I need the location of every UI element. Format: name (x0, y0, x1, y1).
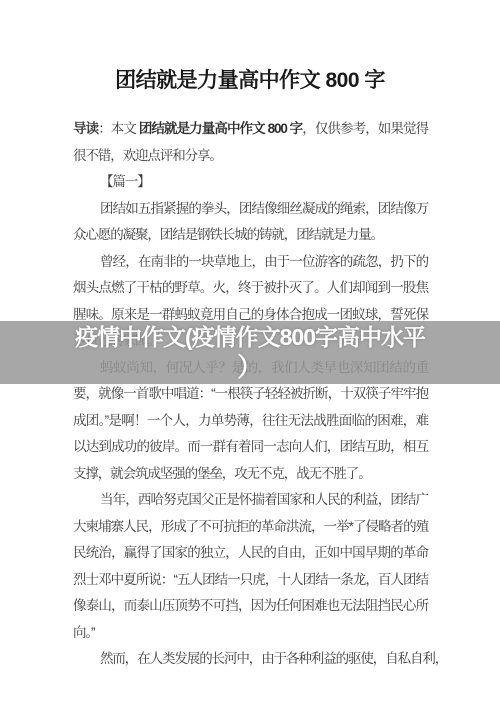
body-paragraph: 当年，西哈努克国父正是怀揣着国家和人民的利益，团结广大柬埔寨人民，形成了不可抗拒… (73, 487, 428, 646)
lead-paragraph: 导读：本文 团结就是力量高中作文 800 字，仅供参考，如果觉得很不错，欢迎点评… (73, 116, 428, 169)
body-paragraph-truncated: 然而，在人类发展的长河中，由于各种利益的驱使，自私自利， (73, 646, 428, 673)
article-page: 团结就是力量高中作文 800 字 导读：本文 团结就是力量高中作文 800 字，… (0, 0, 500, 707)
watermark-title-line1: 疫情中作文(疫情作文800字高中水平 (0, 322, 500, 353)
lead-label: 导读 (73, 121, 98, 136)
section-heading: 【篇一】 (73, 169, 428, 196)
page-title: 团结就是力量高中作文 800 字 (0, 66, 500, 96)
article-body: 导读：本文 团结就是力量高中作文 800 字，仅供参考，如果觉得很不错，欢迎点评… (73, 116, 428, 673)
lead-highlight-title: 团结就是力量高中作文 800 字 (139, 121, 302, 136)
lead-mid: ：本文 (98, 121, 139, 136)
watermark-title-line2: ） (0, 353, 500, 382)
watermark-overlay-banner: 疫情中作文(疫情作文800字高中水平 ） (0, 321, 500, 384)
body-paragraph: 团结如五指紧握的拳头，团结像细丝凝成的绳索，团结像万众心愿的凝聚，团结是钢铁长城… (73, 196, 428, 249)
